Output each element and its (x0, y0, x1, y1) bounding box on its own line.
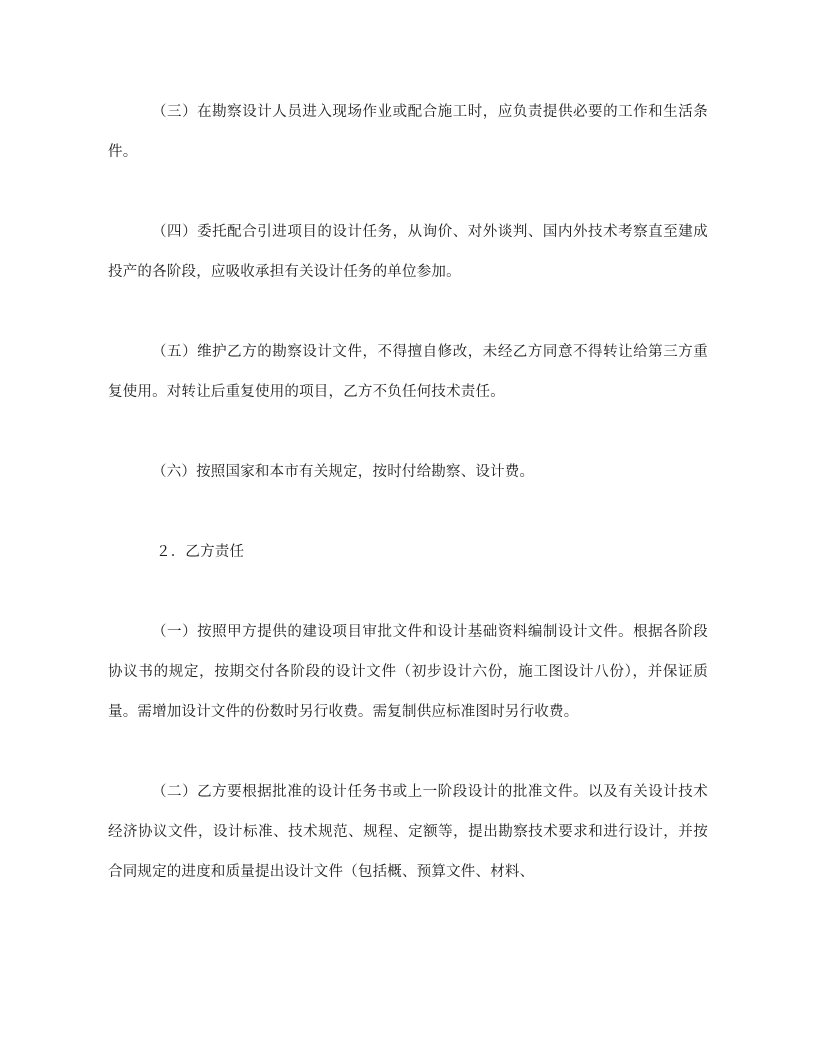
document-page: （三）在勘察设计人员进入现场作业或配合施工时，应负责提供必要的工作和生活条件。 … (108, 92, 708, 932)
paragraph-1-design-documents: （一）按照甲方提供的建设项目审批文件和设计基础资料编制设计文件。根据各阶段协议书… (108, 612, 708, 732)
paragraph-4-import-projects: （四）委托配合引进项目的设计任务，从询价、对外谈判、国内外技术考察直至建成投产的… (108, 212, 708, 292)
paragraph-5-protect-documents: （五）维护乙方的勘察设计文件，不得擅自修改，未经乙方同意不得转让给第三方重复使用… (108, 332, 708, 412)
paragraph-3-working-conditions: （三）在勘察设计人员进入现场作业或配合施工时，应负责提供必要的工作和生活条件。 (108, 92, 708, 172)
paragraph-2-design-requirements: （二）乙方要根据批准的设计任务书或上一阶段设计的批准文件。以及有关设计技术经济协… (108, 772, 708, 892)
paragraph-6-payment: （六）按照国家和本市有关规定，按时付给勘察、设计费。 (108, 452, 708, 492)
section-heading-party-b: ２．乙方责任 (108, 532, 708, 572)
